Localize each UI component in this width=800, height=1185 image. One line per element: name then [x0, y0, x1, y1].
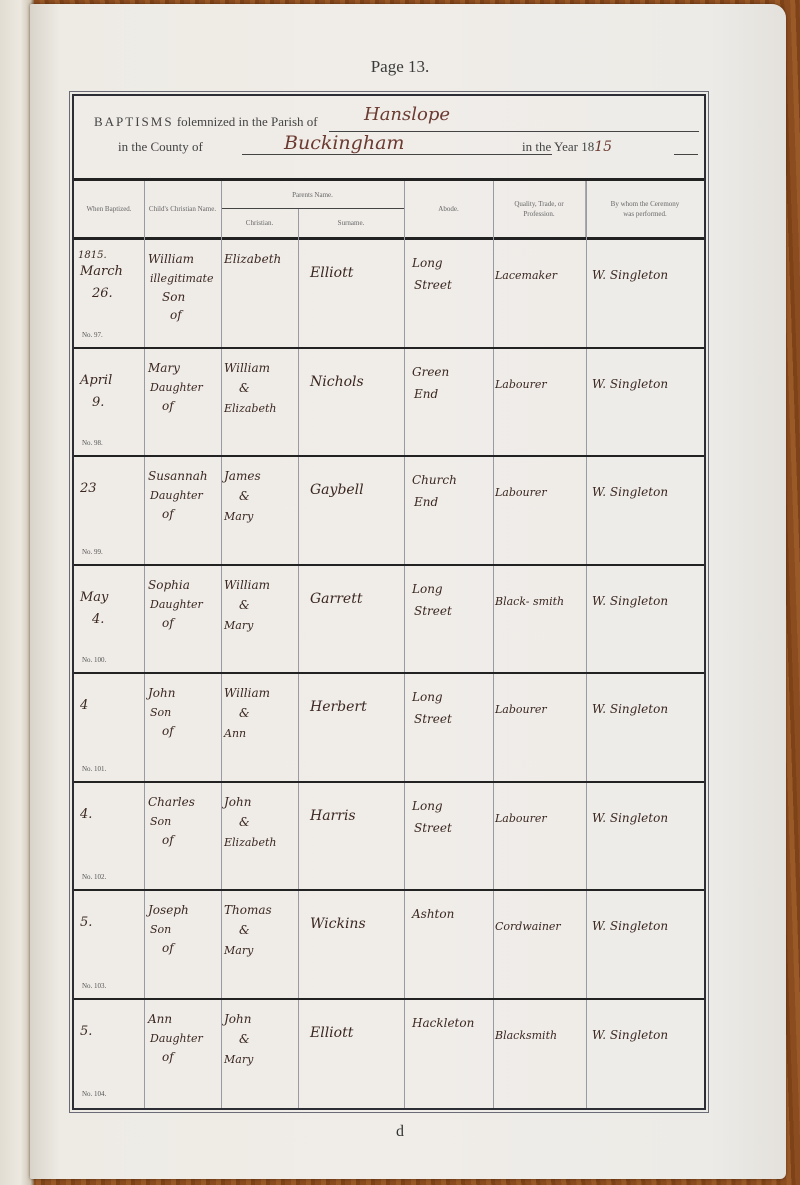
parent-christian-names-2: Mary	[224, 616, 253, 635]
parent-surname: Elliott	[310, 264, 353, 283]
parent-christian-names: Thomas	[224, 901, 272, 920]
abode-2: Street	[414, 602, 452, 621]
county-value: Buckingham	[284, 132, 404, 154]
header-child-name: Child's Christian Name.	[144, 181, 222, 237]
child-name: Mary	[148, 359, 180, 378]
child-name: William	[148, 250, 194, 269]
quality-trade: Labourer	[495, 809, 547, 828]
parent-christian-names-2: Elizabeth	[224, 399, 276, 418]
header-parents-name: Parents Name.	[221, 181, 405, 209]
abode: Church	[412, 471, 457, 490]
child-name: Sophia	[148, 576, 190, 595]
abode: Long	[412, 797, 443, 816]
abode-2: Street	[414, 276, 452, 295]
parent-ampersand: &	[239, 379, 250, 398]
register-entry: 1815. March 26. No. 97. William illegiti…	[74, 240, 704, 349]
abode: Hackleton	[412, 1014, 474, 1033]
parent-surname: Herbert	[310, 698, 367, 717]
entry-number: No. 103.	[82, 982, 106, 990]
abode-2: End	[414, 493, 438, 512]
child-relation: Daughter	[150, 595, 203, 614]
minister-name: W. Singleton	[592, 809, 668, 828]
minister-name: W. Singleton	[592, 1026, 668, 1045]
entry-month: 4.	[80, 805, 92, 824]
parent-christian-names-2: Elizabeth	[224, 833, 276, 852]
child-relation-2: of	[162, 505, 174, 524]
child-relation: Son	[150, 920, 171, 939]
parent-ampersand: &	[239, 704, 250, 723]
minister-name: W. Singleton	[592, 375, 668, 394]
child-relation-2: of	[162, 1048, 174, 1067]
entry-month: 5.	[80, 1022, 92, 1041]
abode: Ashton	[412, 905, 454, 924]
parent-surname: Nichols	[310, 373, 364, 392]
register-entry: 4. No. 102. Charles Son of John & Elizab…	[74, 783, 704, 892]
register-entry: 5. No. 103. Joseph Son of Thomas & Mary …	[74, 891, 704, 1000]
county-label: in the County of	[118, 139, 203, 155]
child-relation-2: of	[162, 397, 174, 416]
column-headers: When Baptized. Child's Christian Name. P…	[74, 181, 704, 240]
parent-christian-names: William	[224, 359, 270, 378]
quality-trade: Labourer	[495, 483, 547, 502]
abode: Green	[412, 363, 449, 382]
register-entry: May 4. No. 100. Sophia Daughter of Willi…	[74, 566, 704, 675]
abode: Long	[412, 254, 443, 273]
minister-name: W. Singleton	[592, 483, 668, 502]
parish-label: folemnized in the Parish of	[177, 114, 318, 129]
parent-ampersand: &	[239, 1030, 250, 1049]
entry-month: 23	[80, 479, 97, 498]
entry-day: 26.	[92, 284, 113, 303]
child-relation: Daughter	[150, 1029, 203, 1048]
header-parent-surname: Surname.	[298, 209, 404, 237]
entry-number: No. 101.	[82, 765, 106, 773]
minister-name: W. Singleton	[592, 700, 668, 719]
parent-christian-names: John	[224, 793, 252, 812]
header-when-baptized: When Baptized.	[74, 181, 145, 237]
parent-christian-names-2: Mary	[224, 941, 253, 960]
entry-number: No. 102.	[82, 873, 106, 881]
header-quality-trade: Quality, Trade, or Profession.	[493, 181, 586, 237]
header-parent-christian: Christian.	[221, 209, 299, 237]
child-relation-3: of	[170, 306, 182, 325]
register-entry: 23 No. 99. Susannah Daughter of James & …	[74, 457, 704, 566]
title-prefix: BAPTISMS	[94, 114, 174, 129]
parent-surname: Wickins	[310, 915, 366, 934]
entry-month: 5.	[80, 913, 92, 932]
child-name: John	[148, 684, 176, 703]
parent-christian-names: William	[224, 576, 270, 595]
entry-number: No. 98.	[82, 439, 103, 447]
minister-name: W. Singleton	[592, 917, 668, 936]
entry-day: 4.	[92, 610, 104, 629]
title-line-1: BAPTISMS folemnized in the Parish of	[94, 114, 318, 130]
quality-trade: Labourer	[495, 700, 547, 719]
entry-number: No. 100.	[82, 656, 106, 664]
child-relation-2: of	[162, 939, 174, 958]
child-relation-2: of	[162, 722, 174, 741]
entry-number: No. 99.	[82, 548, 103, 556]
entry-day: 9.	[92, 393, 104, 412]
entry-number: No. 97.	[82, 331, 103, 339]
quality-trade: Cordwainer	[495, 917, 561, 936]
year-value: 15	[594, 139, 612, 155]
entry-number: No. 104.	[82, 1090, 106, 1098]
child-relation-2: Son	[162, 288, 185, 307]
register-entry: April 9. No. 98. Mary Daughter of Willia…	[74, 349, 704, 458]
parent-christian-names: William	[224, 684, 270, 703]
entry-month: March	[80, 262, 123, 281]
quality-trade: Lacemaker	[495, 266, 557, 285]
abode-2: End	[414, 385, 438, 404]
parent-surname: Harris	[310, 807, 356, 826]
page-number: Page 13.	[0, 57, 800, 77]
abode: Long	[412, 688, 443, 707]
entry-month: April	[80, 371, 112, 390]
register-entry: 4 No. 101. John Son of William & Ann Her…	[74, 674, 704, 783]
entry-month: May	[80, 588, 108, 607]
parent-christian-names: Elizabeth	[224, 250, 281, 269]
quality-trade: Blacksmith	[495, 1026, 557, 1045]
baptism-register-form: BAPTISMS folemnized in the Parish of Han…	[72, 94, 706, 1110]
parish-value: Hanslope	[364, 104, 450, 125]
parent-christian-names: John	[224, 1010, 252, 1029]
child-name: Ann	[148, 1010, 172, 1029]
header-abode: Abode.	[404, 181, 494, 237]
child-name: Joseph	[148, 901, 189, 920]
child-relation: Son	[150, 812, 171, 831]
abode-2: Street	[414, 819, 452, 838]
minister-name: W. Singleton	[592, 592, 668, 611]
abode: Long	[412, 580, 443, 599]
register-entry: 5. No. 104. Ann Daughter of John & Mary …	[74, 1000, 704, 1107]
year-label: in the Year 1815	[522, 139, 612, 155]
form-title: BAPTISMS folemnized in the Parish of Han…	[74, 96, 704, 181]
child-name: Charles	[148, 793, 195, 812]
parent-christian-names: James	[224, 467, 261, 486]
parent-ampersand: &	[239, 813, 250, 832]
abode-2: Street	[414, 710, 452, 729]
child-relation: Son	[150, 703, 171, 722]
quality-trade: Black- smith	[495, 592, 564, 611]
parent-surname: Elliott	[310, 1024, 353, 1043]
parent-surname: Garrett	[310, 590, 362, 609]
child-relation: Daughter	[150, 486, 203, 505]
facing-page-edge	[0, 0, 34, 1185]
header-minister: By whom the Ceremony was performed.	[586, 181, 704, 237]
year-prefix: in the Year 18	[522, 139, 594, 154]
parent-ampersand: &	[239, 487, 250, 506]
child-relation-2: of	[162, 831, 174, 850]
child-relation: Daughter	[150, 378, 203, 397]
parent-christian-names-2: Ann	[224, 724, 246, 743]
parent-christian-names-2: Mary	[224, 507, 253, 526]
parent-ampersand: &	[239, 596, 250, 615]
entry-month: 4	[80, 696, 88, 715]
quality-trade: Labourer	[495, 375, 547, 394]
year-underline	[674, 154, 698, 155]
parent-ampersand: &	[239, 921, 250, 940]
parent-surname: Gaybell	[310, 481, 364, 500]
child-relation-2: of	[162, 614, 174, 633]
minister-name: W. Singleton	[592, 266, 668, 285]
parent-christian-names-2: Mary	[224, 1050, 253, 1069]
child-name: Susannah	[148, 467, 208, 486]
signature-mark: d	[0, 1123, 800, 1141]
county-underline	[242, 154, 552, 155]
child-relation: illegitimate	[150, 269, 213, 288]
